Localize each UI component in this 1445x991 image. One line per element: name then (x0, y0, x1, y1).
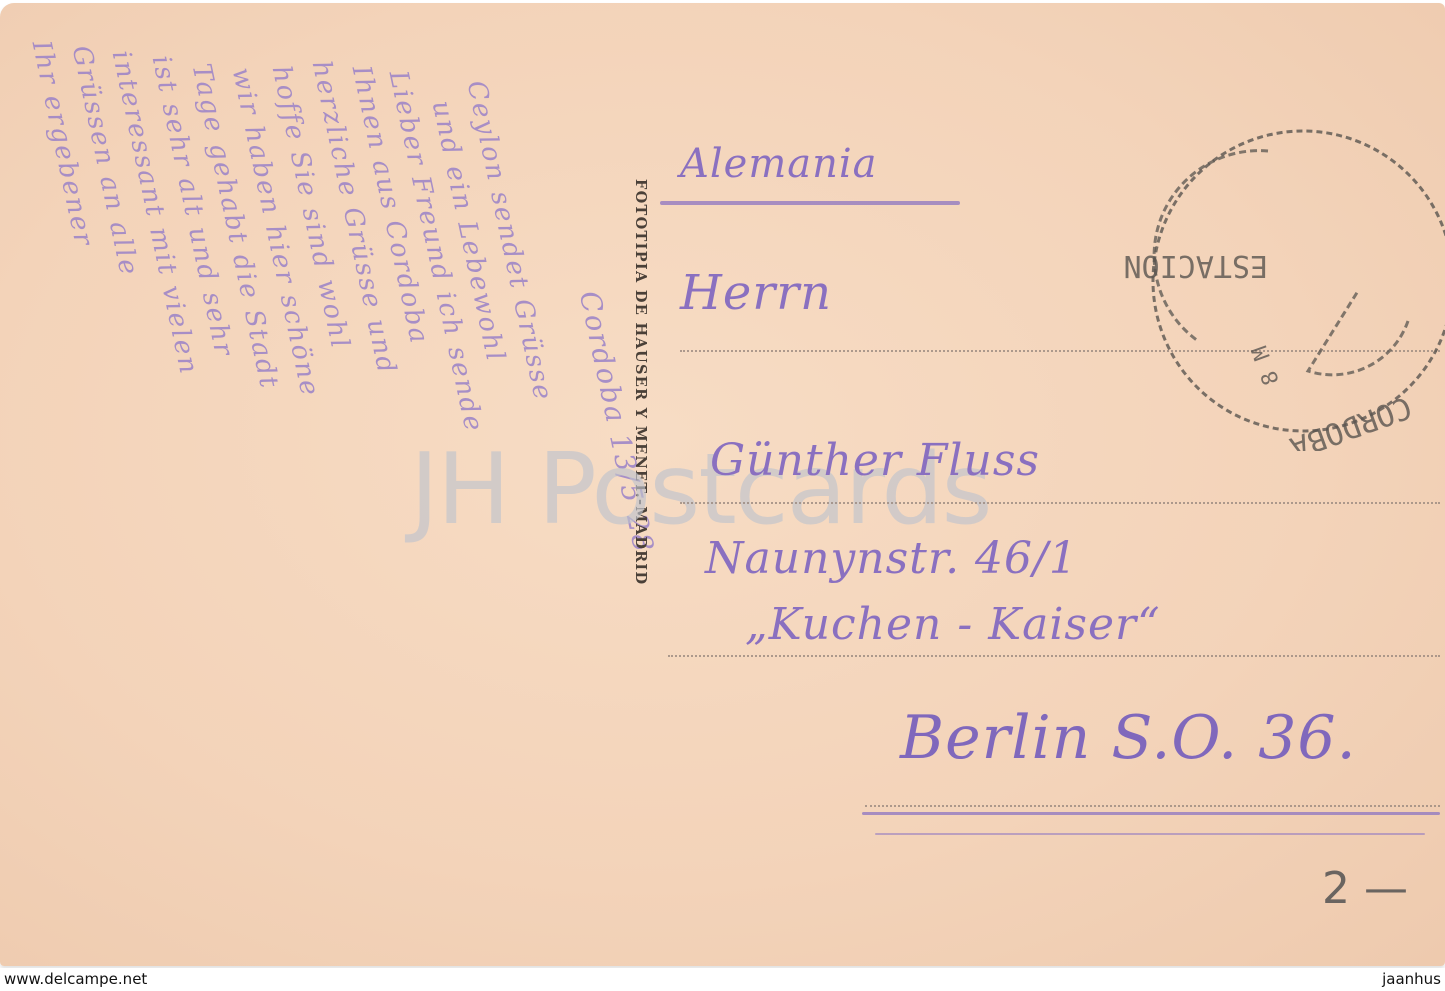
postmark-bottom-text: CORDOBA (1285, 389, 1416, 451)
source-site-link[interactable]: www.delcampe.net (4, 970, 147, 988)
postmark-top-text: ESTACION (1124, 248, 1269, 283)
footer: www.delcampe.net jaanhus (0, 968, 1445, 991)
postmark-time: 8 M (1248, 342, 1285, 388)
address-country: Alemania (680, 141, 878, 187)
address-street: Naunynstr. 46/1 (705, 533, 1078, 584)
address-city: Berlin S.O. 36. (900, 703, 1357, 773)
postmark-stamp: ESTACION CORDOBA 8 M (1118, 111, 1445, 451)
postcard-back: Ceylon sendet Grüsse und ein Lebewohl Li… (0, 3, 1445, 966)
address-line3: „Kuchen - Kaiser“ (745, 599, 1161, 650)
pencil-note: 2 — (1322, 863, 1408, 914)
country-underline (660, 201, 960, 205)
address-line-4 (865, 805, 1440, 807)
city-underline-2 (875, 833, 1425, 835)
address-salutation: Herrn (680, 265, 832, 321)
city-underline (862, 812, 1440, 815)
seller-name[interactable]: jaanhus (1382, 970, 1441, 988)
address-name: Günther Fluss (710, 435, 1040, 486)
address-line-2 (680, 502, 1440, 504)
address-line-3 (668, 655, 1440, 657)
